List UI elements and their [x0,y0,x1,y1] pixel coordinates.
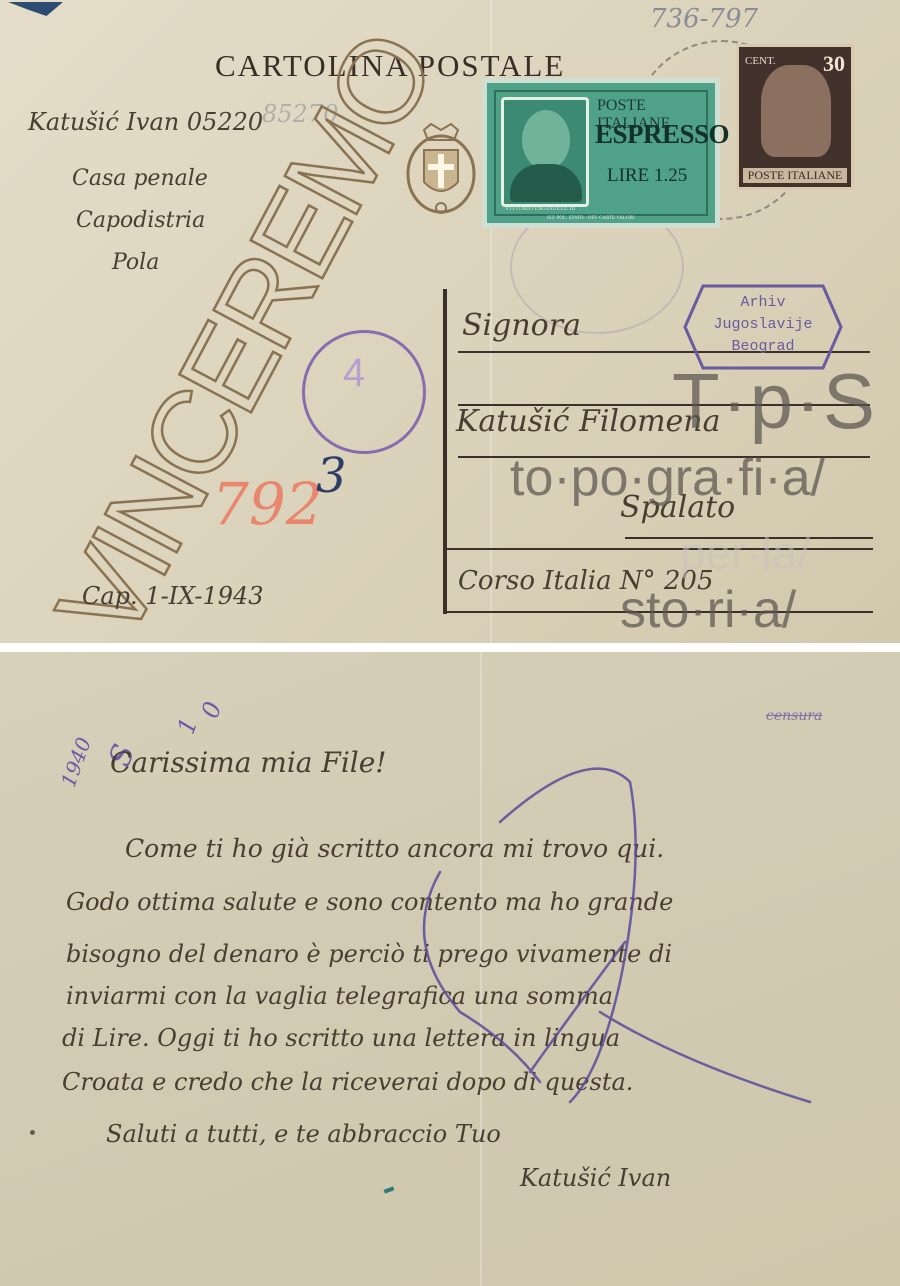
stamp-mark-0: 0 [196,698,228,722]
archive-number: 736-797 [650,4,758,34]
green-ink-mark [384,1186,395,1193]
address-frame-left [443,289,447,614]
letter-greeting: Carissima mia File! [110,746,387,779]
stamp-denomination-label: CENT. [745,55,776,67]
watermark-line-2: to·po·gra·fi·a/ [510,448,825,508]
stamp-denomination-value: 30 [823,51,845,77]
archive-stamp-line-2: Jugoslavije [683,316,843,333]
archive-stamp-line-3: Beograd [683,338,843,355]
red-pencil-number: 792 [212,470,323,538]
stamp-mark-year: 1940 [56,734,96,790]
portrait-caption: VITTORIO EMANUELE III [505,206,575,212]
espresso-stamp: POSTE ITALIANE ESPRESSO LIRE 1.25 VITTOR… [482,78,720,228]
watermark-line-3: per·la/ [680,526,810,580]
ink-dot [30,1130,35,1135]
sender-line-2: Casa penale [72,166,208,191]
stamp-value: LIRE 1.25 [607,165,687,187]
watermark-line-4: sto·ri·a/ [620,580,796,640]
recipient-salutation: Signora [462,308,581,343]
watermark-logo: T·p·S [672,356,877,447]
date-line: Cap. 1-IX-1943 [82,582,264,610]
stamp-type: ESPRESSO [595,119,729,150]
imprinted-stamp-30: CENT. 30 POSTE ITALIANE [736,44,854,190]
stamp-printer: IST. POL. STATO - OFF. CARTE VALORI [547,216,635,221]
censor-circle-stamp: 4 [302,330,426,454]
ink-stain [8,2,63,16]
archive-stamp-line-1: Arhiv [683,294,843,311]
stamp-mark-1: 1 [172,714,204,738]
postcard-back: 1940 S 1 0 censura Carissima mia File! C… [0,652,900,1286]
king-portrait-icon [501,97,589,207]
letter-line-7: Saluti a tutti, e te abbraccio Tuo [106,1120,501,1148]
corner-note: censura [766,708,822,724]
censor-number: 4 [343,351,365,396]
letter-signature: Katušić Ivan [520,1164,671,1192]
sender-line-4: Pola [112,250,159,275]
sender-line-1: Katušić Ivan 05220 [28,108,263,136]
blue-number: 3 [316,448,347,504]
censor-pencil-mark [420,742,820,1122]
postcard-front: CARTOLINA POSTALE 736-797 85270 Katušić … [0,0,900,643]
king-bust-icon [761,65,831,157]
stamp-caption: POSTE ITALIANE [743,168,847,183]
sender-line-3: Capodistria [76,208,205,233]
